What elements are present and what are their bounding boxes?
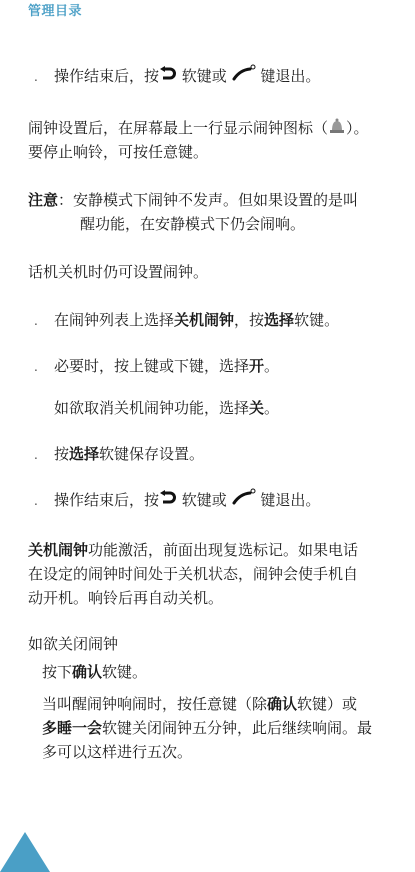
- step-3: .按选择软键保存设置。: [34, 442, 204, 467]
- text: 软键保存设置。: [99, 445, 204, 463]
- page-corner-triangle: [0, 832, 50, 872]
- list-item-snooze-line2: 多睡一会软键关闭闹钟五分钟，此后继续响闹。最: [42, 716, 372, 740]
- step-text: 键退出。: [260, 67, 320, 85]
- step-bullet: .: [34, 65, 54, 89]
- end-call-icon: [232, 488, 256, 513]
- text: 。: [264, 357, 279, 375]
- text: ：: [58, 191, 73, 209]
- paragraph-line: 动开机。响铃后再自动关机。: [28, 586, 223, 610]
- section-intro: 话机关机时仍可设置闹钟。: [28, 260, 208, 284]
- step-1: .在闹钟列表上选择关机闹钟，按选择软键。: [34, 308, 339, 333]
- text: 软键关闭闹钟五分钟，此后继续响闹。最: [102, 719, 372, 737]
- paragraph-alarm-icon: 闹钟设置后，在屏幕最上一行显示闹钟图标（）。: [28, 116, 369, 141]
- text: 软键。: [294, 311, 339, 329]
- text: 关: [249, 399, 264, 417]
- note-line2: 醒功能，在安静模式下仍会闹响。: [80, 212, 305, 236]
- step-text: 软键或: [182, 67, 227, 85]
- paragraph-line: 在设定的闹钟时间处于关机状态，闹钟会使手机自: [28, 562, 358, 586]
- section-title: 如欲关闭闹钟: [28, 632, 118, 656]
- text: 关机闹钟: [28, 541, 88, 559]
- text: 按: [54, 445, 69, 463]
- step-bullet: .: [34, 309, 54, 333]
- text: 在闹钟列表上选择: [54, 311, 174, 329]
- text: 关机闹钟: [174, 311, 234, 329]
- text: 功能激活，前面出现复选标记。如果电话: [88, 541, 358, 559]
- alarm-bell-icon: [328, 117, 346, 141]
- text: 开: [249, 357, 264, 375]
- text: 如欲取消关机闹钟功能，选择: [54, 399, 249, 417]
- text: 当叫醒闹钟响闹时，按任意键（除: [42, 695, 267, 713]
- step-4: .操作结束后，按 软键或 键退出。: [34, 488, 320, 513]
- note-label: 注意: [28, 191, 58, 209]
- text: 软键。: [102, 663, 147, 681]
- back-arrow-icon: [159, 489, 177, 513]
- step-2-sub: 如欲取消关机闹钟功能，选择关。: [54, 396, 279, 420]
- step-text: 操作结束后，按: [54, 67, 159, 85]
- list-item-snooze-line1: 当叫醒闹钟响闹时，按任意键（除确认软键）或: [42, 692, 357, 716]
- page-header-title: 管理目录: [28, 0, 82, 19]
- text: 选择: [69, 445, 99, 463]
- text: 必要时，按上键或下键，选择: [54, 357, 249, 375]
- text: 确认: [72, 663, 102, 681]
- paragraph-stop-ring: 要停止响铃，可按任意键。: [28, 140, 208, 164]
- step-exit: .操作结束后，按 软键或 键退出。: [34, 64, 320, 89]
- text: 安静模式下闹钟不发声。但如果设置的是叫: [73, 191, 358, 209]
- end-call-icon: [232, 64, 256, 89]
- step-bullet: .: [34, 355, 54, 379]
- note-line1: 注意：安静模式下闹钟不发声。但如果设置的是叫: [28, 188, 358, 212]
- text: 按下: [42, 663, 72, 681]
- text: ）。: [346, 119, 369, 137]
- step-2: .必要时，按上键或下键，选择开。: [34, 354, 279, 379]
- text: 确认: [267, 695, 297, 713]
- text: 操作结束后，按: [54, 491, 159, 509]
- text: 多睡一会: [42, 719, 102, 737]
- list-item-confirm: 按下确认软键。: [42, 660, 147, 684]
- text: 闹钟设置后，在屏幕最上一行显示闹钟图标（: [28, 119, 328, 137]
- text: ，按: [234, 311, 264, 329]
- paragraph-power-off-alarm: 关机闹钟功能激活，前面出现复选标记。如果电话: [28, 538, 358, 562]
- back-arrow-icon: [159, 65, 177, 89]
- text: 。: [264, 399, 279, 417]
- step-bullet: .: [34, 443, 54, 467]
- step-bullet: .: [34, 489, 54, 513]
- list-item-snooze-line3: 多可以这样进行五次。: [42, 740, 192, 764]
- text: 键退出。: [260, 491, 320, 509]
- text: 软键）或: [297, 695, 357, 713]
- text: 选择: [264, 311, 294, 329]
- text: 软键或: [182, 491, 227, 509]
